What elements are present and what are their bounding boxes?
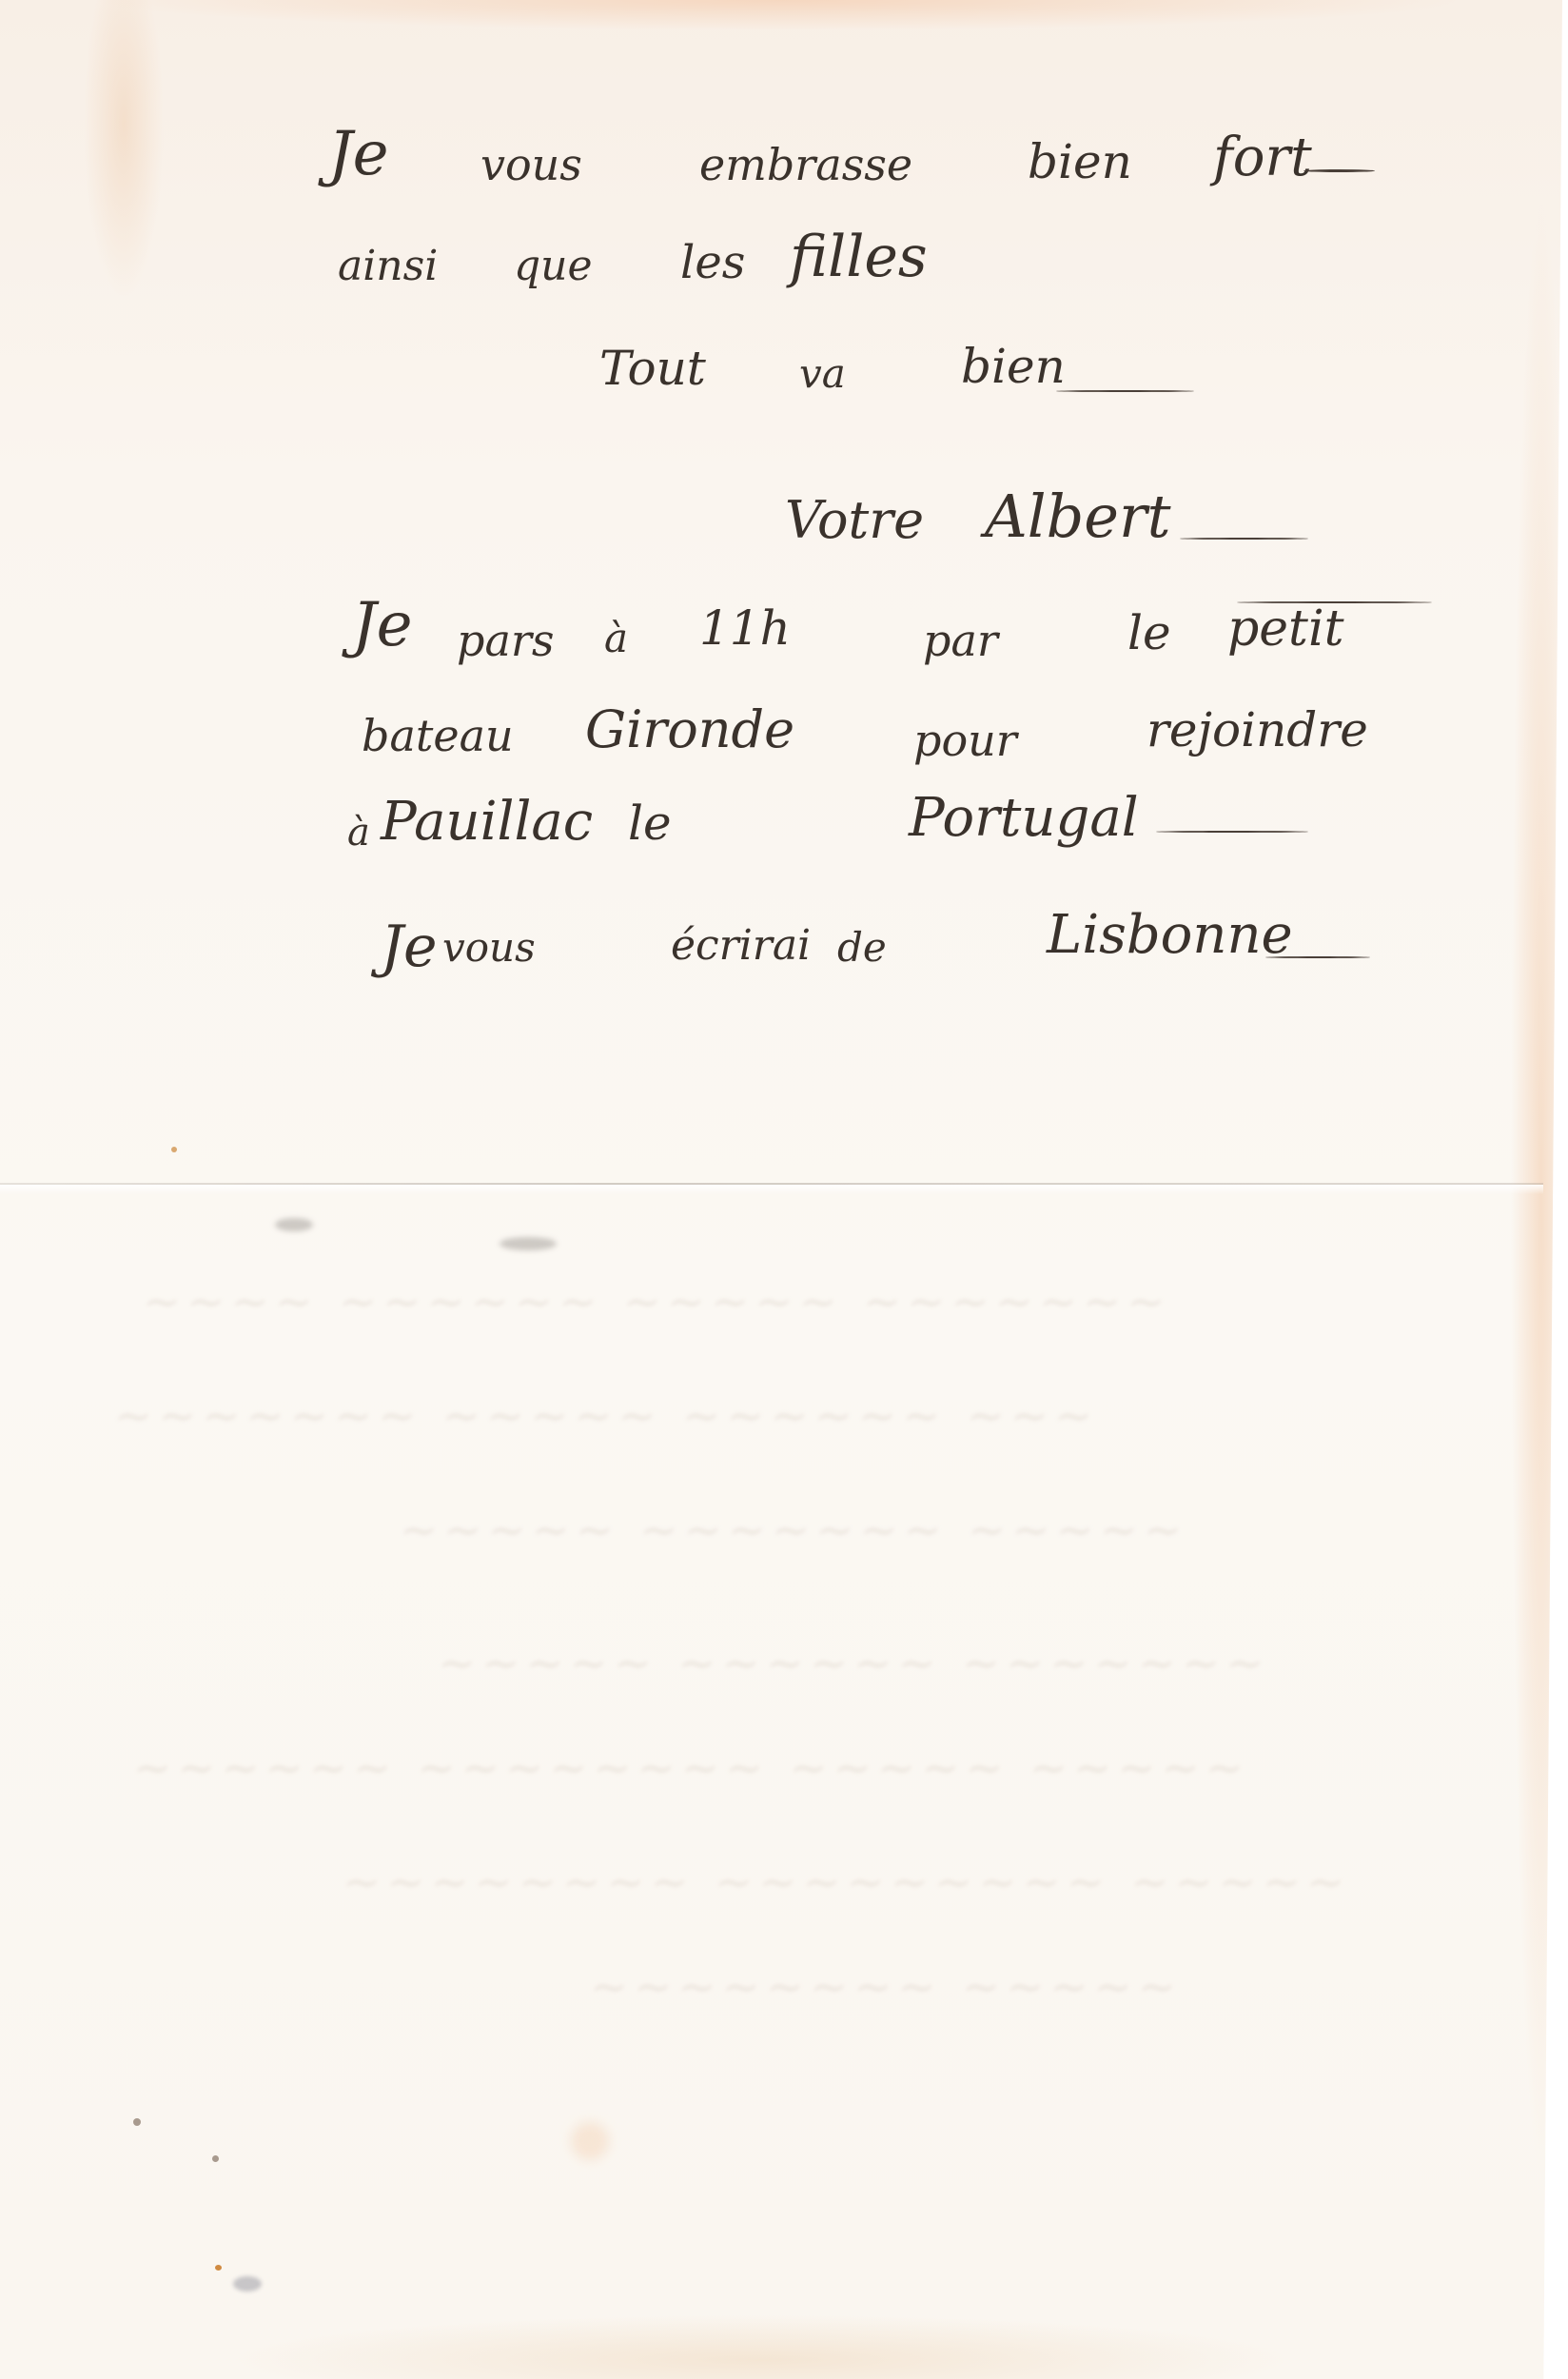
- paper-speck: [215, 2265, 222, 2271]
- word: Gironde: [585, 704, 794, 756]
- word: filles: [790, 228, 928, 285]
- paper-fold-highlight: [0, 1185, 1543, 1194]
- paper-speck: [171, 1147, 177, 1152]
- pen-flourish: [1180, 538, 1308, 540]
- word: Portugal: [909, 792, 1139, 845]
- word: Tout: [599, 344, 706, 392]
- pen-flourish: [1303, 169, 1375, 172]
- bleed-through-text: ~~~~ ~~~~~~ ~~~~~ ~~~~~~~: [143, 1275, 1171, 1328]
- bleed-through-text: ~~~~~~~~ ~~~~~: [590, 1960, 1182, 2014]
- paper-speck: [133, 2118, 141, 2126]
- word: bien: [1028, 138, 1132, 186]
- paper-speck: [233, 2276, 262, 2291]
- word: Pauillac: [381, 796, 593, 849]
- word: 11h: [699, 604, 791, 652]
- pen-flourish: [1237, 601, 1432, 603]
- bleed-through-text: ~~~~~ ~~~~~~~ ~~~~~: [400, 1504, 1187, 1557]
- bleed-through-text: ~~~~~~ ~~~~~~~~ ~~~~~ ~~~~~: [133, 1741, 1249, 1795]
- word: Je: [381, 918, 438, 975]
- paper-speck: [212, 2155, 219, 2162]
- word: bien: [961, 343, 1066, 390]
- word: les: [680, 240, 745, 285]
- word: ainsi: [338, 246, 438, 287]
- word: pars: [457, 619, 554, 662]
- pen-flourish: [1056, 390, 1194, 392]
- signature-name: Albert: [985, 487, 1171, 546]
- word: embrasse: [699, 143, 912, 187]
- word: vous: [442, 928, 536, 968]
- word: rejoindre: [1147, 706, 1368, 754]
- word: vous: [480, 143, 582, 187]
- word: à: [604, 619, 628, 659]
- word: écrirai: [671, 925, 811, 967]
- paper-speck: [500, 1237, 557, 1250]
- pen-flourish: [1156, 831, 1308, 833]
- word: Je: [352, 595, 413, 656]
- word: Je: [328, 124, 389, 185]
- word: Lisbonne: [1047, 909, 1293, 962]
- word: Votre: [785, 495, 924, 546]
- paper-speck: [275, 1218, 313, 1231]
- word: le: [1127, 609, 1171, 657]
- word: pour: [913, 718, 1017, 762]
- word: de: [837, 928, 887, 968]
- word: le: [628, 799, 672, 847]
- pen-flourish: [1265, 956, 1370, 958]
- word: petit: [1227, 604, 1343, 654]
- word: fort: [1213, 131, 1312, 185]
- paper-speck: [571, 2122, 609, 2160]
- word: à: [347, 814, 370, 852]
- bleed-through-text: ~~~~~~~ ~~~~~ ~~~~~~ ~~~: [114, 1389, 1098, 1443]
- word: que: [514, 246, 593, 287]
- bleed-through-text: ~~~~~~~~ ~~~~~~~~~ ~~~~~: [343, 1856, 1350, 1909]
- bleed-through-text: ~~~~~ ~~~~~~ ~~~~~~~: [438, 1637, 1269, 1690]
- word: va: [799, 354, 846, 394]
- word: bateau: [362, 714, 514, 757]
- word: par: [923, 619, 998, 662]
